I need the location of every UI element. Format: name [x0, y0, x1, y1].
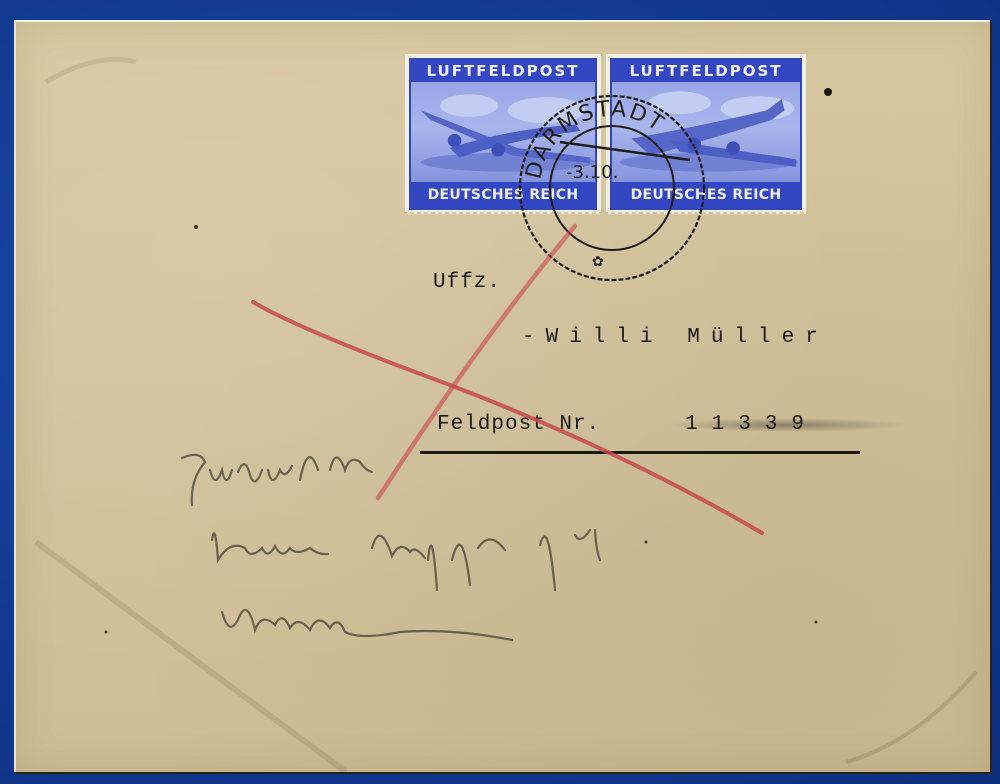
airplane-icon — [411, 82, 595, 182]
address-rank: Uffz. — [433, 271, 501, 294]
fieldpost-number: 11339 — [685, 413, 818, 436]
stamp-country: DEUTSCHES REICH — [612, 182, 800, 208]
airplane-icon — [612, 82, 800, 182]
stamp-title: LUFTFELDPOST — [612, 60, 800, 82]
stamp-title: LUFTFELDPOST — [411, 60, 595, 82]
stamp-left: LUFTFELDPOST DEUTSCHES REICH — [405, 54, 601, 214]
fieldpost-label: Feldpost Nr. — [437, 413, 600, 436]
address-underline — [420, 451, 860, 454]
stamp-country: DEUTSCHES REICH — [411, 182, 595, 208]
stamp-right: LUFTFELDPOST DEUTSCHES REICH — [606, 54, 806, 214]
address-name: -Willi Müller — [522, 326, 829, 349]
